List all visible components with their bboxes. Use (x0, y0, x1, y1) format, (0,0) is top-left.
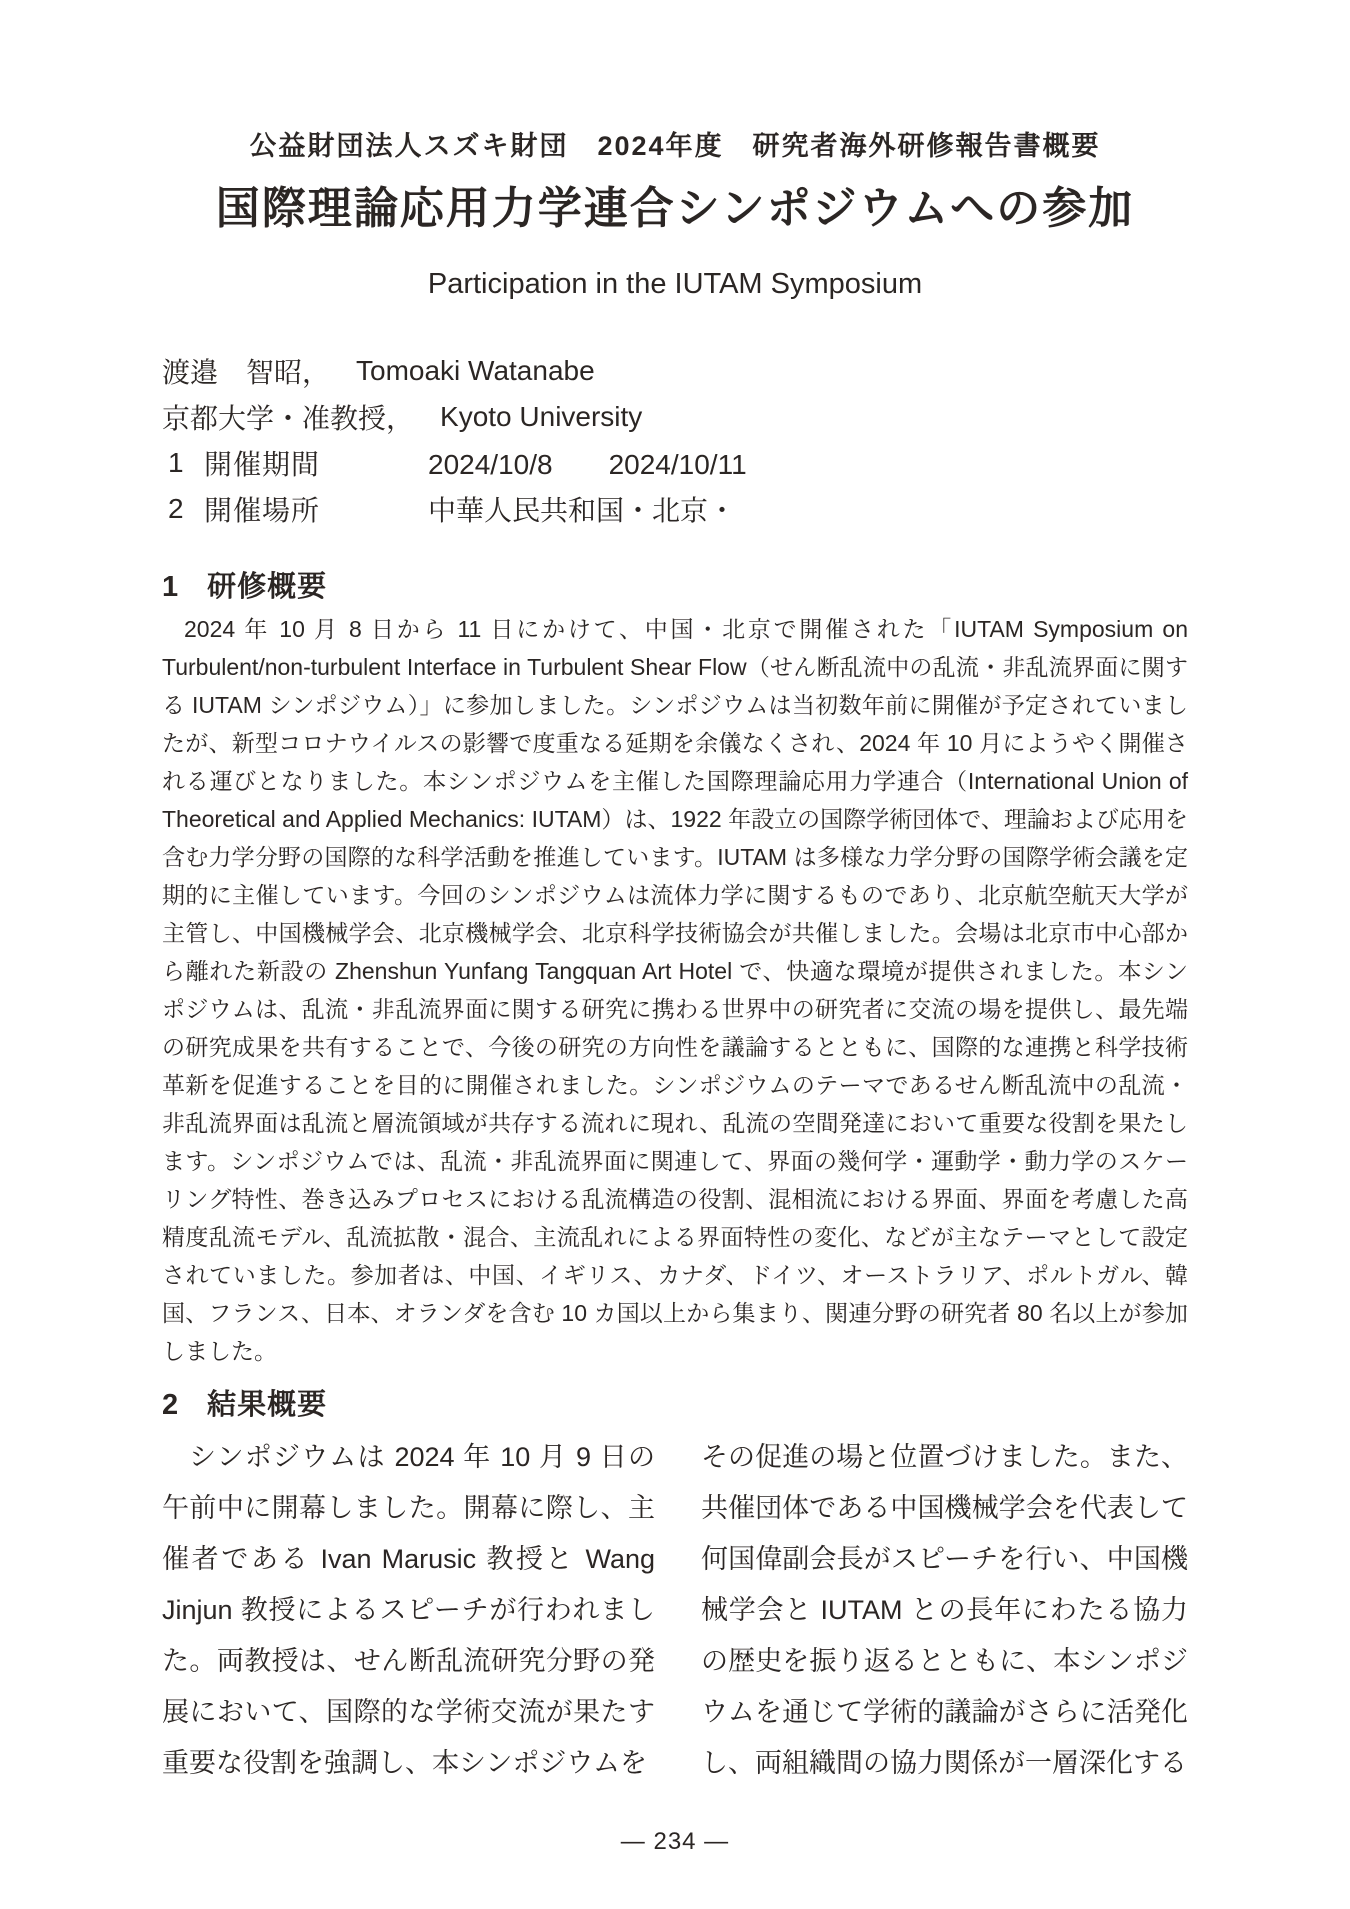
event-location-line: 2 開催場所 中華人民共和国・北京・ (162, 486, 1188, 532)
section-2-heading: 2結果概要 (162, 1382, 327, 1423)
section-1-heading: 1研修概要 (162, 564, 327, 605)
author-name-en: Tomoaki Watanabe (356, 355, 595, 387)
event-location-label: 開催場所 (204, 489, 320, 529)
event-period-value: 2024/10/8 2024/10/11 (428, 443, 747, 483)
event-location-number: 2 (162, 493, 204, 525)
section-2-column-left: シンポジウムは 2024 年 10 月 9 日の午前中に開幕しました。開幕に際し… (162, 1432, 655, 1789)
event-period-label: 開催期間 (204, 443, 320, 483)
document-page: 公益財団法人スズキ財団 2024年度 研究者海外研修報告書概要 国際理論応用力学… (0, 0, 1350, 1909)
section-1-body: 2024 年 10 月 8 日から 11 日にかけて、中国・北京で開催された「I… (162, 610, 1188, 1370)
section-2-number: 2 (162, 1389, 179, 1421)
section-2-title: 結果概要 (207, 1389, 327, 1421)
affiliation-en: Kyoto University (440, 401, 642, 433)
page-title-english: Participation in the IUTAM Symposium (0, 268, 1350, 301)
event-location-value: 中華人民共和国・北京・ (428, 489, 736, 529)
affiliation-jp: 京都大学・准教授， (162, 397, 414, 437)
affiliation-line: 京都大学・准教授， Kyoto University (162, 394, 1188, 440)
author-meta-block: 渡邉 智昭， Tomoaki Watanabe 京都大学・准教授， Kyoto … (162, 348, 1188, 532)
section-1-title: 研修概要 (207, 571, 327, 603)
page-number: — 234 — (0, 1828, 1350, 1856)
page-title: 国際理論応用力学連合シンポジウムへの参加 (0, 172, 1350, 236)
report-series-header: 公益財団法人スズキ財団 2024年度 研究者海外研修報告書概要 (0, 124, 1350, 163)
event-period-number: 1 (162, 447, 204, 479)
event-period-line: 1 開催期間 2024/10/8 2024/10/11 (162, 440, 1188, 486)
section-2-column-right: その促進の場と位置づけました。また、共催団体である中国機械学会を代表して何国偉副… (701, 1432, 1188, 1789)
author-line: 渡邉 智昭， Tomoaki Watanabe (162, 348, 1188, 394)
section-1-number: 1 (162, 571, 179, 603)
section-2-columns: シンポジウムは 2024 年 10 月 9 日の午前中に開幕しました。開幕に際し… (162, 1432, 1188, 1789)
author-name-jp: 渡邉 智昭， (162, 351, 330, 391)
